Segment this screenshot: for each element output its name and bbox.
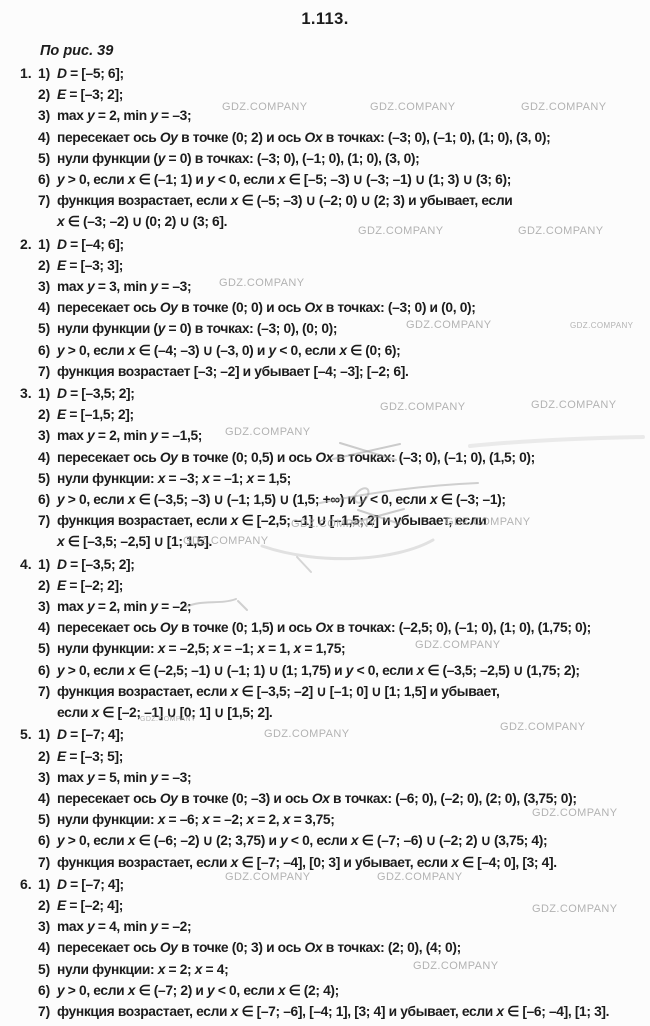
solution-item: 7)функция возрастает [–3; –2] и убывает … [38, 361, 644, 382]
problem-number: 1. [20, 63, 38, 233]
scanned-solutions-page: 1.113. По рис. 39 1. 1)D = [–5; 6];2)E =… [0, 0, 650, 1026]
solution-item: 6)y > 0, если x ∈ (–2,5; –1) ∪ (–1; 1) ∪… [38, 660, 644, 681]
solution-item: 4)пересекает ось Oy в точке (0; 0,5) и о… [38, 447, 644, 468]
text-line: x ∈ [–3,5; –2,5] ∪ [1; 1,5]. [57, 531, 644, 552]
item-number: 5) [38, 809, 57, 830]
solution-item: 3)max y = 2, min y = –2; [38, 596, 644, 617]
solution-item: 1)D = [–7; 4]; [38, 874, 644, 895]
text-line: пересекает ось Oy в точке (0; 0,5) и ось… [57, 447, 644, 468]
item-number: 1) [38, 554, 57, 575]
item-number: 7) [38, 190, 57, 232]
problem-number: 6. [20, 874, 38, 1022]
text-line: пересекает ось Oy в точке (0; –3) и ось … [57, 788, 644, 809]
gdz-watermark: GDZ.COMPANY [377, 872, 462, 883]
text-line: y > 0, если x ∈ (–3,5; –3) ∪ (–1; 1,5) ∪… [57, 489, 644, 510]
item-number: 7) [38, 361, 57, 382]
text-line: max y = 2, min y = –1,5; [57, 425, 644, 446]
item-text: max y = 4, min y = –2; [57, 916, 644, 937]
item-text: D = [–7; 4]; [57, 874, 644, 895]
item-text: y > 0, если x ∈ (–3,5; –3) ∪ (–1; 1,5) ∪… [57, 489, 644, 510]
solution-item: 1)D = [–3,5; 2]; [38, 554, 644, 575]
gdz-watermark: GDZ.COMPANY [264, 729, 349, 740]
text-line: y > 0, если x ∈ (–1; 1) и y < 0, если x … [57, 169, 644, 190]
item-number: 3) [38, 596, 57, 617]
item-text: max y = 5, min y = –3; [57, 767, 644, 788]
item-text: E = [–2; 2]; [57, 575, 644, 596]
item-number: 5) [38, 959, 57, 980]
gdz-watermark: GDZ.COMPANY [358, 226, 443, 237]
solution-item: 6)y > 0, если x ∈ (–3,5; –3) ∪ (–1; 1,5)… [38, 489, 644, 510]
solution-item: 3)max y = 5, min y = –3; [38, 767, 644, 788]
item-number: 5) [38, 318, 57, 339]
text-line: функция возрастает, если x ∈ [–7; –6], [… [57, 1001, 644, 1022]
text-line: нули функции (y = 0) в точках: (–3; 0), … [57, 318, 644, 339]
item-number: 1) [38, 724, 57, 745]
item-number: 1) [38, 234, 57, 255]
item-text: y > 0, если x ∈ (–1; 1) и y < 0, если x … [57, 169, 644, 190]
problem-items: 1)D = [–5; 6];2)E = [–3; 2];3)max y = 2,… [38, 63, 644, 233]
item-number: 6) [38, 980, 57, 1001]
solution-item: 3)max y = 4, min y = –2; [38, 916, 644, 937]
solution-item: 4)пересекает ось Oy в точке (0; 2) и ось… [38, 127, 644, 148]
gdz-watermark: GDZ.COMPANY [380, 402, 465, 413]
item-text: функция возрастает, если x ∈ [–7; –4], [… [57, 852, 644, 873]
solution-item: 4)пересекает ось Oy в точке (0; 1,5) и о… [38, 617, 644, 638]
gdz-watermark: GDZ.COMPANY [570, 322, 633, 330]
text-line: D = [–7; 4]; [57, 874, 644, 895]
problem-number: 5. [20, 724, 38, 872]
solution-item: 6)y > 0, если x ∈ (–1; 1) и y < 0, если … [38, 169, 644, 190]
gdz-watermark: GDZ.COMPANY [291, 519, 376, 530]
item-number: 2) [38, 255, 57, 276]
solution-item: 7)функция возрастает, если x ∈ [–7; –4],… [38, 852, 644, 873]
item-text: max y = 2, min y = –2; [57, 596, 644, 617]
gdz-watermark: GDZ.COMPANY [413, 961, 498, 972]
text-line: пересекает ось Oy в точке (0; 1,5) и ось… [57, 617, 644, 638]
text-line: пересекает ось Oy в точке (0; 2) и ось O… [57, 127, 644, 148]
problem-block: 2. 1)D = [–4; 6];2)E = [–3; 3];3)max y =… [20, 234, 644, 382]
item-text: max y = 2, min y = –1,5; [57, 425, 644, 446]
solution-item: 7)функция возрастает, если x ∈ [–7; –6],… [38, 1001, 644, 1022]
item-number: 6) [38, 660, 57, 681]
item-number: 3) [38, 767, 57, 788]
text-line: y > 0, если x ∈ (–6; –2) ∪ (2; 3,75) и y… [57, 830, 644, 851]
solution-item: 5)нули функции: x = –3; x = –1; x = 1,5; [38, 468, 644, 489]
item-number: 3) [38, 916, 57, 937]
solution-item: 6)y > 0, если x ∈ (–4; –3) ∪ (–3, 0) и y… [38, 340, 644, 361]
item-number: 2) [38, 404, 57, 425]
problems-list: 1. 1)D = [–5; 6];2)E = [–3; 2];3)max y =… [0, 63, 650, 1022]
item-number: 5) [38, 638, 57, 659]
item-text: нули функции (y = 0) в точках: (–3; 0), … [57, 318, 644, 339]
text-line: нули функции: x = –2,5; x = –1; x = 1, x… [57, 638, 644, 659]
item-text: функция возрастает, если x ∈ [–7; –6], [… [57, 1001, 644, 1022]
item-number: 7) [38, 510, 57, 552]
item-number: 2) [38, 895, 57, 916]
solution-item: 6)y > 0, если x ∈ (–7; 2) и y < 0, если … [38, 980, 644, 1001]
text-line: нули функции: x = 2; x = 4; [57, 959, 644, 980]
gdz-watermark: GDZ.COMPANY [521, 102, 606, 113]
gdz-watermark: GDZ.COMPANY [500, 722, 585, 733]
item-number: 3) [38, 425, 57, 446]
text-line: E = [–3; 3]; [57, 255, 644, 276]
item-number: 4) [38, 297, 57, 318]
item-text: нули функции: x = –3; x = –1; x = 1,5; [57, 468, 644, 489]
item-text: пересекает ось Oy в точке (0; 0) и ось O… [57, 297, 644, 318]
item-text: функция возрастает [–3; –2] и убывает [–… [57, 361, 644, 382]
item-text: пересекает ось Oy в точке (0; –3) и ось … [57, 788, 644, 809]
problem-number: 4. [20, 554, 38, 724]
item-text: y > 0, если x ∈ (–7; 2) и y < 0, если x … [57, 980, 644, 1001]
item-number: 5) [38, 148, 57, 169]
problem-block: 4. 1)D = [–3,5; 2];2)E = [–2; 2];3)max y… [20, 554, 644, 724]
item-text: y > 0, если x ∈ (–6; –2) ∪ (2; 3,75) и y… [57, 830, 644, 851]
text-line: нули функции (y = 0) в точках: (–3; 0), … [57, 148, 644, 169]
gdz-watermark: GDZ.COMPANY [518, 226, 603, 237]
item-number: 4) [38, 127, 57, 148]
text-line: функция возрастает [–3; –2] и убывает [–… [57, 361, 644, 382]
gdz-watermark: GDZ.COMPANY [415, 640, 500, 651]
gdz-watermark: GDZ.COMPANY [532, 904, 617, 915]
solution-item: 3)max y = 2, min y = –1,5; [38, 425, 644, 446]
gdz-watermark: GDZ.COMPANY [222, 102, 307, 113]
item-number: 1) [38, 63, 57, 84]
solution-item: 5)нули функции: x = –2,5; x = –1; x = 1,… [38, 638, 644, 659]
item-text: D = [–3,5; 2]; [57, 554, 644, 575]
problem-number: 3. [20, 383, 38, 553]
solution-item: 5)нули функции (y = 0) в точках: (–3; 0)… [38, 148, 644, 169]
item-number: 2) [38, 84, 57, 105]
problem-items: 1)D = [–7; 4];2)E = [–2; 4];3)max y = 4,… [38, 874, 644, 1022]
text-line: E = [–2; 2]; [57, 575, 644, 596]
text-line: E = [–3; 5]; [57, 746, 644, 767]
text-line: пересекает ось Oy в точке (0; 3) и ось O… [57, 937, 644, 958]
gdz-watermark: GDZ.COMPANY [445, 517, 530, 528]
item-text: нули функции: x = 2; x = 4; [57, 959, 644, 980]
figure-reference: По рис. 39 [40, 41, 650, 61]
page-title: 1.113. [0, 0, 650, 29]
text-line: функция возрастает, если x ∈ [–7; –4], [… [57, 852, 644, 873]
gdz-watermark: GDZ.COMPANY [370, 102, 455, 113]
item-text: E = [–3; 3]; [57, 255, 644, 276]
solution-item: 3)max y = 3, min y = –3; [38, 276, 644, 297]
problem-items: 1)D = [–3,5; 2];2)E = [–2; 2];3)max y = … [38, 554, 644, 724]
text-line: y > 0, если x ∈ (–7; 2) и y < 0, если x … [57, 980, 644, 1001]
solution-item: 1)D = [–5; 6]; [38, 63, 644, 84]
item-number: 3) [38, 276, 57, 297]
solution-item: 2)E = [–3; 5]; [38, 746, 644, 767]
solution-item: 5)нули функции: x = 2; x = 4; [38, 959, 644, 980]
solution-item: 4)пересекает ось Oy в точке (0; 0) и ось… [38, 297, 644, 318]
problem-items: 1)D = [–4; 6];2)E = [–3; 3];3)max y = 3,… [38, 234, 644, 382]
solution-item: 6)y > 0, если x ∈ (–6; –2) ∪ (2; 3,75) и… [38, 830, 644, 851]
gdz-watermark: GDZ.COMPANY [225, 427, 310, 438]
gdz-watermark: GDZ.COMPANY [183, 536, 268, 547]
problem-block: 5. 1)D = [–7; 4];2)E = [–3; 5];3)max y =… [20, 724, 644, 872]
item-number: 6) [38, 489, 57, 510]
item-number: 1) [38, 874, 57, 895]
text-line: D = [–3,5; 2]; [57, 554, 644, 575]
text-line: max y = 3, min y = –3; [57, 276, 644, 297]
item-text: D = [–5; 6]; [57, 63, 644, 84]
item-text: нули функции: x = –2,5; x = –1; x = 1, x… [57, 638, 644, 659]
solution-item: 4)пересекает ось Oy в точке (0; 3) и ось… [38, 937, 644, 958]
problem-items: 1)D = [–7; 4];2)E = [–3; 5];3)max y = 5,… [38, 724, 644, 872]
item-text: y > 0, если x ∈ (–2,5; –1) ∪ (–1; 1) ∪ (… [57, 660, 644, 681]
problem-number: 2. [20, 234, 38, 382]
item-text: E = [–3; 5]; [57, 746, 644, 767]
text-line: max y = 4, min y = –2; [57, 916, 644, 937]
text-line: y > 0, если x ∈ (–2,5; –1) ∪ (–1; 1) ∪ (… [57, 660, 644, 681]
item-text: функция возрастает, если x ∈ [–2,5; –1] … [57, 510, 644, 552]
solution-item: 2)E = [–2; 2]; [38, 575, 644, 596]
item-number: 7) [38, 681, 57, 723]
item-number: 7) [38, 852, 57, 873]
solution-item: 7)функция возрастает, если x ∈ [–3,5; –2… [38, 681, 644, 723]
item-number: 4) [38, 788, 57, 809]
item-text: пересекает ось Oy в точке (0; 2) и ось O… [57, 127, 644, 148]
item-number: 6) [38, 169, 57, 190]
text-line: нули функции: x = –3; x = –1; x = 1,5; [57, 468, 644, 489]
text-line: D = [–5; 6]; [57, 63, 644, 84]
item-text: пересекает ось Oy в точке (0; 0,5) и ось… [57, 447, 644, 468]
text-line: max y = 2, min y = –2; [57, 596, 644, 617]
item-number: 2) [38, 746, 57, 767]
item-number: 6) [38, 340, 57, 361]
problem-block: 1. 1)D = [–5; 6];2)E = [–3; 2];3)max y =… [20, 63, 644, 233]
item-text: нули функции (y = 0) в точках: (–3; 0), … [57, 148, 644, 169]
solution-item: 7)функция возрастает, если x ∈ [–2,5; –1… [38, 510, 644, 552]
item-number: 4) [38, 937, 57, 958]
text-line: y > 0, если x ∈ (–4; –3) ∪ (–3, 0) и y <… [57, 340, 644, 361]
item-text: y > 0, если x ∈ (–4; –3) ∪ (–3, 0) и y <… [57, 340, 644, 361]
gdz-watermark: GDZ.COMPANY [531, 400, 616, 411]
item-text: пересекает ось Oy в точке (0; 3) и ось O… [57, 937, 644, 958]
item-number: 1) [38, 383, 57, 404]
gdz-watermark: GDZ.COMPANY [532, 808, 617, 819]
item-number: 4) [38, 447, 57, 468]
solution-item: 2)E = [–3; 3]; [38, 255, 644, 276]
gdz-watermark: GDZ.COMPANY [140, 716, 196, 723]
item-text: пересекает ось Oy в точке (0; 1,5) и ось… [57, 617, 644, 638]
text-line: max y = 5, min y = –3; [57, 767, 644, 788]
item-number: 6) [38, 830, 57, 851]
gdz-watermark: GDZ.COMPANY [219, 278, 304, 289]
solution-item: 4)пересекает ось Oy в точке (0; –3) и ос… [38, 788, 644, 809]
problem-block: 6. 1)D = [–7; 4];2)E = [–2; 4];3)max y =… [20, 874, 644, 1022]
item-number: 3) [38, 105, 57, 126]
gdz-watermark: GDZ.COMPANY [406, 320, 491, 331]
text-line: пересекает ось Oy в точке (0; 0) и ось O… [57, 297, 644, 318]
text-line: функция возрастает, если x ∈ [–3,5; –2] … [57, 681, 644, 702]
item-number: 7) [38, 1001, 57, 1022]
text-line: функция возрастает, если x ∈ (–5; –3) ∪ … [57, 190, 644, 211]
item-number: 4) [38, 617, 57, 638]
item-number: 5) [38, 468, 57, 489]
item-text: max y = 3, min y = –3; [57, 276, 644, 297]
gdz-watermark: GDZ.COMPANY [225, 872, 310, 883]
item-number: 2) [38, 575, 57, 596]
solution-item: 5)нули функции (y = 0) в точках: (–3; 0)… [38, 318, 644, 339]
